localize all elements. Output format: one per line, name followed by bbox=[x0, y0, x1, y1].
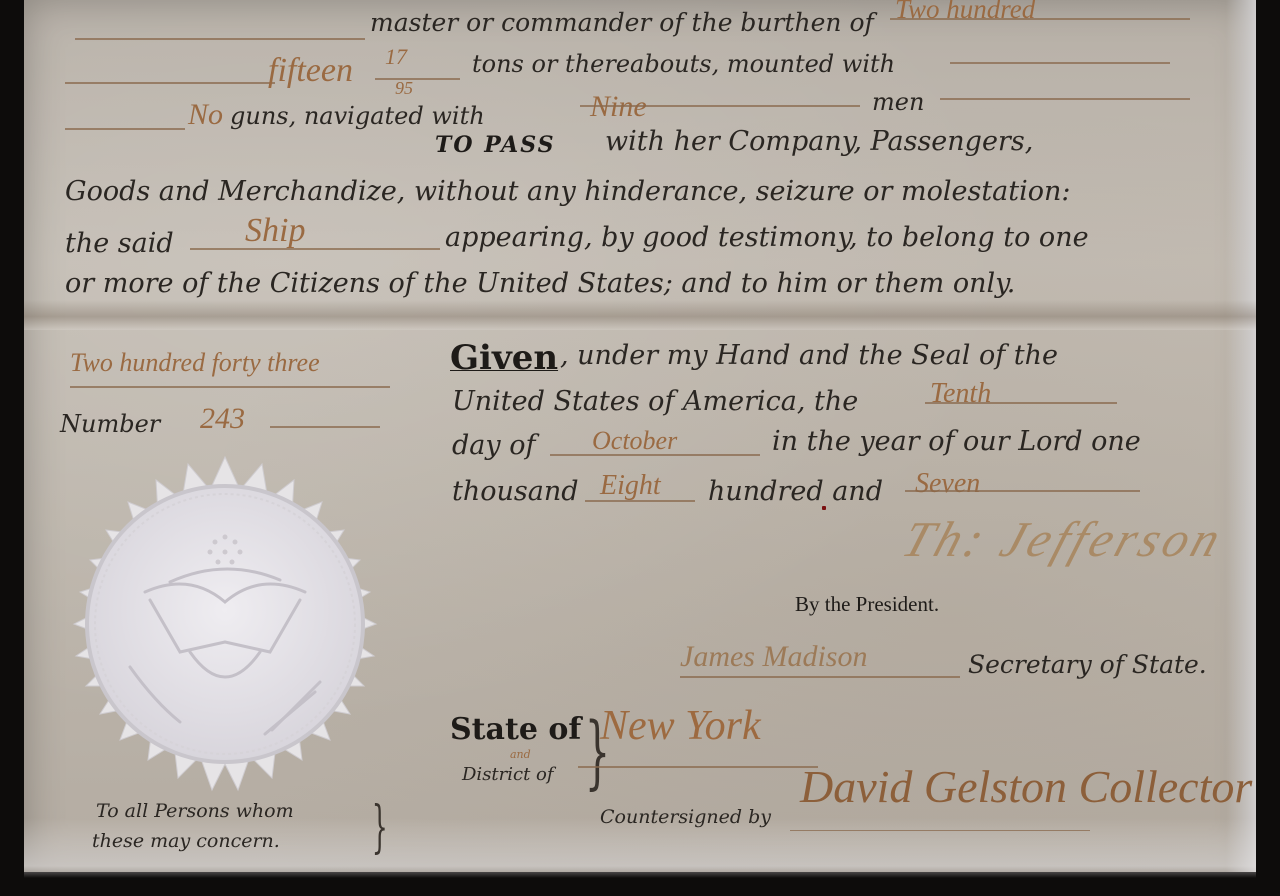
printed-text: or more of the Citizens of the United St… bbox=[65, 268, 1015, 299]
secretary-title: Secretary of State. bbox=[968, 650, 1207, 679]
blank-line bbox=[65, 128, 185, 130]
blank-line bbox=[270, 426, 380, 428]
red-ink-mark bbox=[822, 506, 826, 510]
secretary-signature: James Madison bbox=[680, 640, 867, 674]
printed-text: guns, navigated with bbox=[230, 102, 485, 130]
state-of-label: State of bbox=[450, 712, 581, 747]
fill-line bbox=[70, 386, 390, 388]
printed-text: tons or thereabouts, mounted with bbox=[472, 50, 895, 78]
blank-line bbox=[65, 82, 275, 84]
given-heading: Given bbox=[450, 338, 558, 378]
printed-text: Goods and Merchandize, without any hinde… bbox=[65, 176, 1071, 207]
signature-flourish bbox=[790, 830, 1090, 831]
handwritten-fraction-numerator: 17 bbox=[385, 44, 407, 70]
printed-text: thousand bbox=[452, 476, 579, 507]
printed-text: with her Company, Passengers, bbox=[605, 126, 1033, 157]
handwritten-state: New York bbox=[600, 702, 761, 750]
handwritten-crew-count: Nine bbox=[590, 90, 647, 124]
printed-text: men bbox=[872, 88, 924, 116]
to-pass-heading: TO PASS bbox=[435, 132, 556, 158]
handwritten-century: Eight bbox=[600, 470, 661, 502]
by-the-president-label: By the President. bbox=[795, 592, 939, 617]
handwritten-vessel-type: Ship bbox=[245, 212, 305, 250]
address-brace-glyph: } bbox=[372, 795, 388, 860]
fill-line bbox=[580, 105, 860, 107]
address-line-2: these may concern. bbox=[92, 830, 280, 852]
printed-text: master or commander of the burthen of bbox=[370, 8, 874, 37]
president-signature: Th: Jefferson bbox=[896, 510, 1232, 568]
printed-text: in the year of our Lord one bbox=[772, 426, 1141, 457]
printed-text: United States of America, the bbox=[452, 386, 858, 417]
fill-line bbox=[890, 18, 1190, 20]
printed-text: the said bbox=[65, 228, 174, 259]
fill-line bbox=[905, 490, 1140, 492]
fraction-bar bbox=[375, 78, 460, 80]
and-label: and bbox=[510, 748, 531, 761]
countersigned-label: Countersigned by bbox=[600, 806, 771, 828]
fill-line bbox=[190, 248, 440, 250]
fill-line bbox=[550, 454, 760, 456]
handwritten-number-value: 243 bbox=[200, 402, 245, 436]
printed-text: , under my Hand and the Seal of the bbox=[560, 340, 1058, 371]
fill-line bbox=[578, 766, 818, 768]
handwritten-fraction-denominator: 95 bbox=[395, 78, 413, 99]
signature-underline bbox=[680, 676, 960, 678]
fill-line bbox=[925, 402, 1117, 404]
embossed-seal-icon bbox=[40, 452, 410, 802]
handwritten-year: Seven bbox=[915, 468, 980, 500]
blank-line bbox=[940, 98, 1190, 100]
fill-line bbox=[585, 500, 695, 502]
handwritten-burthen: Two hundred bbox=[895, 0, 1035, 25]
district-of-label: District of bbox=[462, 764, 554, 785]
handwritten-tons-words: fifteen bbox=[268, 52, 353, 90]
handwritten-day: Tenth bbox=[930, 378, 991, 410]
printed-text: appearing, by good testimony, to belong … bbox=[445, 222, 1089, 253]
address-line-1: To all Persons whom bbox=[96, 800, 294, 822]
number-label: Number bbox=[60, 410, 160, 438]
handwritten-month: October bbox=[592, 426, 677, 456]
handwritten-number-words: Two hundred forty three bbox=[70, 348, 320, 378]
printed-text: day of bbox=[452, 430, 535, 461]
blank-line bbox=[75, 38, 365, 40]
paper-fold-crease bbox=[24, 300, 1256, 330]
handwritten-guns: No bbox=[188, 98, 223, 132]
printed-text: hundred and bbox=[708, 476, 883, 507]
collector-signature: David Gelston Collector bbox=[800, 760, 1252, 813]
fill-line-guns-mounted bbox=[950, 62, 1170, 64]
